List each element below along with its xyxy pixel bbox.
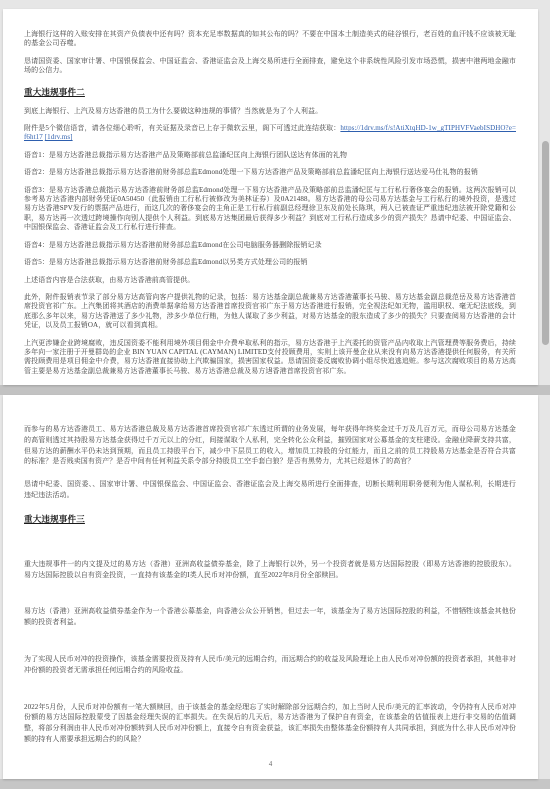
section-heading-event-3: 重大违规事件三 [24, 513, 516, 525]
page-gap [0, 385, 550, 395]
document-page-3: 上海银行这样的入账安排在其资产负债表中还有吗？资本充足率数据真的如其公布的吗？不… [3, 9, 538, 385]
paragraph-voice-2: 语音2：是易方达香港总裁指示易方达香港前财务部总监Edmond处理一下易方达香港… [24, 168, 516, 177]
vertical-scrollbar-thumb[interactable] [542, 141, 549, 345]
viewer-top-margin [0, 0, 550, 9]
paragraph-voice-4: 语音4：是易方达香港总裁指示易方达香港前财务部总监Edmond在公司电脑服务器删… [24, 241, 516, 250]
viewer-bottom-margin [0, 779, 550, 789]
paragraph-redemption-loss: 2022年5月份，人民币对冲份额有一笔大额赎回，由于该基金的基金经理忘了实时解除… [24, 702, 516, 745]
paragraph-voice-3: 语音3：是易方达香港总裁指示易方达香港前财务部总监Edmond处理一下易方达香港… [24, 186, 516, 233]
section-heading-event-2: 重大违规事件二 [24, 86, 516, 98]
pdf-viewport: 上海银行这样的入账安排在其资产负债表中还有吗？资本充足率数据真的如其公布的吗？不… [0, 0, 550, 789]
paragraph-regulator-plea-2: 恳请中纪委、国资委、、国家审计署、中国银保监会、中国证监会、香港证监会及上海交易… [24, 479, 516, 501]
paragraph-staff-bonus: 而参与的易方达香港员工、易方达香港总裁及易方达香港首席投资官祁广东透过所谓的业务… [24, 424, 516, 467]
document-page-4: 而参与的易方达香港员工、易方达香港总裁及易方达香港首席投资官祁广东透过所谓的业务… [3, 395, 538, 779]
paragraph-voice-legality: 上述语音内容是合法获取，由易方达香港前高管提供。 [24, 276, 516, 285]
paragraph-voice-5: 语音5：是易方达香港总裁指示易方达香港前财务部总监Edmond以另类方式处理公司… [24, 258, 516, 267]
paragraph-voice-1: 语音1：是易方达香港总裁指示易方达香港产品及策略部前总监潘纪匡向上海银行团队送达… [24, 151, 516, 160]
attachment-intro-text: 附件是5个微信语音，请各位细心聆听，有关证据及录音已上存于微软云里，阁下可透过此… [24, 124, 340, 132]
paragraph-personal-gain: 到底上海银行、上汽及易方达香港的员工为什么要做这种违规的事情？当然就是为了个人利… [24, 107, 516, 116]
paragraph-hedge-contracts: 为了实现人民币对冲的投资操作，该基金需要投资及持有人民币/美元的远期合约，而远期… [24, 654, 516, 676]
paragraph-regulator-plea: 恳请国资委、国家审计署、中国银保监会、中国证监会、香港证监会及上海交易所进行全面… [24, 57, 516, 76]
paragraph-gift-records: 此外，附件报销表节录了部分易方达高管向客户提供礼物的记录，包括：易方达基金副总裁… [24, 293, 516, 331]
onedrive-domain-link[interactable]: [1drv.ms] [45, 133, 73, 141]
paragraph-public-fund: 易方达（香港）亚洲高收益债券基金作为一个香港公募基金，向香港公众公开销售，但过去… [24, 606, 516, 628]
page-number-3: 3 [3, 366, 538, 374]
page-number-4: 4 [3, 760, 538, 768]
paragraph-attachment: 附件是5个微信语音，请各位细心聆听，有关证据及录音已上存于微软云里，阁下可透过此… [24, 124, 516, 143]
paragraph-fund-holding: 重大违规事件一的内文提及过的易方达（香港）亚洲高收益债券基金，除了上海银行以外，… [24, 559, 516, 581]
paragraph-bank-accounting: 上海银行这样的入账安排在其资产负债表中还有吗？资本充足率数据真的如其公布的吗？不… [24, 30, 516, 49]
